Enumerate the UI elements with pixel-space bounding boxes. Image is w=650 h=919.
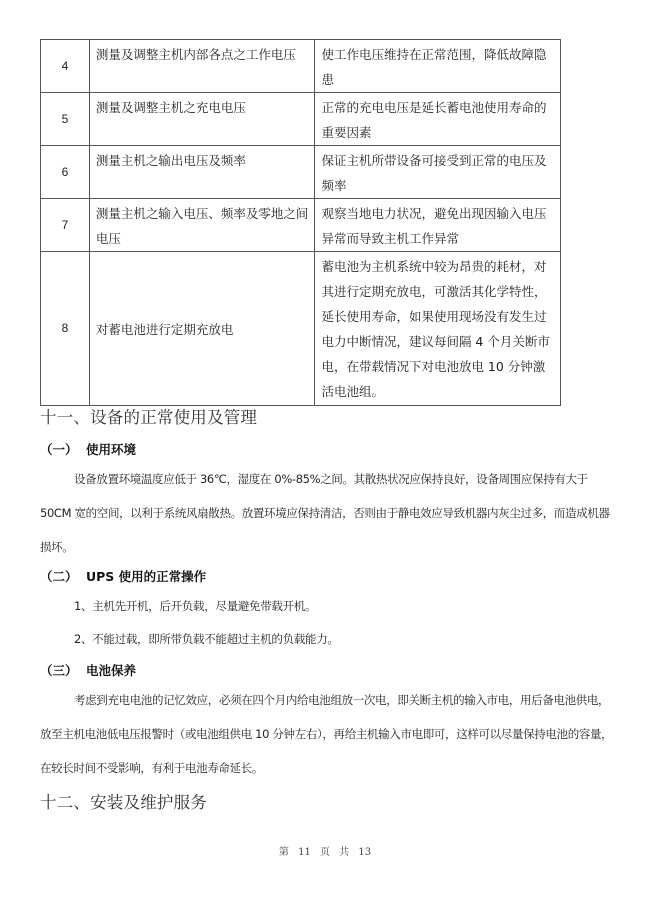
row-item: 测量及调整主机之充电电压 bbox=[89, 93, 315, 146]
row-number: 5 bbox=[41, 93, 90, 146]
table-row: 6 测量主机之输出电压及频率 保证主机所带设备可接受到正常的电压及频率 bbox=[41, 146, 561, 199]
section-12-heading: 十二、安装及维护服务 bbox=[40, 789, 207, 813]
row-item: 对蓄电池进行定期充放电 bbox=[89, 252, 315, 406]
subsection-3-heading: （三）电池保养 bbox=[40, 661, 136, 679]
row-number: 6 bbox=[41, 146, 90, 199]
operation-item-1: 1、主机先开机，后开负载，尽量避免带载开机。 bbox=[74, 598, 316, 614]
subsection-3-title: 电池保养 bbox=[86, 663, 136, 678]
page-number-footer: 第 11 页 共 13 bbox=[0, 843, 650, 858]
row-number: 8 bbox=[41, 252, 90, 406]
maintenance-table: 4 测量及调整主机内部各点之工作电压 使工作电压维持在正常范围，降低故障隐患 5… bbox=[40, 39, 561, 406]
row-description: 蓄电池为主机系统中较为昂贵的耗材，对其进行定期充放电，可激活其化学特性，延长使用… bbox=[315, 252, 561, 406]
table-row: 5 测量及调整主机之充电电压 正常的充电电压是延长蓄电池使用寿命的重要因素 bbox=[41, 93, 561, 146]
subsection-1-heading: （一）使用环境 bbox=[40, 440, 136, 458]
row-description: 观察当地电力状况，避免出现因输入电压异常而导致主机工作异常 bbox=[315, 199, 561, 252]
row-item: 测量主机之输入电压、频率及零地之间电压 bbox=[89, 199, 315, 252]
table-row: 8 对蓄电池进行定期充放电 蓄电池为主机系统中较为昂贵的耗材，对其进行定期充放电… bbox=[41, 252, 561, 406]
subsection-3-paragraph: 考虑到充电电池的记忆效应，必须在四个月内给电池组放一次电，即关断主机的输入市电，… bbox=[40, 683, 615, 785]
row-description: 正常的充电电压是延长蓄电池使用寿命的重要因素 bbox=[315, 93, 561, 146]
subsection-2-heading: （二）UPS 使用的正常操作 bbox=[40, 567, 206, 585]
section-11-heading: 十一、设备的正常使用及管理 bbox=[40, 404, 257, 428]
subsection-2-number: （二） bbox=[40, 567, 86, 585]
subsection-1-number: （一） bbox=[40, 440, 86, 458]
subsection-3-number: （三） bbox=[40, 661, 86, 679]
subsection-2-title: UPS 使用的正常操作 bbox=[86, 569, 206, 584]
row-number: 7 bbox=[41, 199, 90, 252]
row-item: 测量主机之输出电压及频率 bbox=[89, 146, 315, 199]
row-description: 保证主机所带设备可接受到正常的电压及频率 bbox=[315, 146, 561, 199]
subsection-1-paragraph: 设备放置环境温度应低于 36℃，湿度在 0%-85%之间。其散热状况应保持良好，… bbox=[40, 462, 615, 564]
table-row: 7 测量主机之输入电压、频率及零地之间电压 观察当地电力状况，避免出现因输入电压… bbox=[41, 199, 561, 252]
table-row: 4 测量及调整主机内部各点之工作电压 使工作电压维持在正常范围，降低故障隐患 bbox=[41, 40, 561, 93]
operation-item-2: 2、不能过载，即所带负载不能超过主机的负载能力。 bbox=[74, 631, 339, 647]
row-item: 测量及调整主机内部各点之工作电压 bbox=[89, 40, 315, 93]
row-description: 使工作电压维持在正常范围，降低故障隐患 bbox=[315, 40, 561, 93]
subsection-1-title: 使用环境 bbox=[86, 442, 136, 457]
row-number: 4 bbox=[41, 40, 90, 93]
